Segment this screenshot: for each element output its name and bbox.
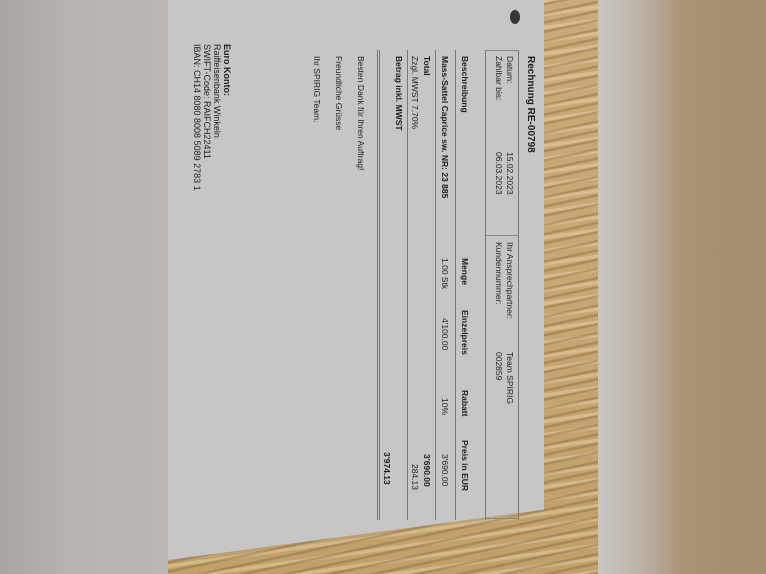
column-header-description: Beschreibung [460,56,470,113]
contact-value: Team SPIRIG [505,352,515,404]
greeting-text: Freundliche Grüsse [334,56,344,130]
column-header-quantity: Menge [460,258,470,285]
grand-total-label: Betrag inkl. MWST [394,56,404,131]
divider [377,50,378,520]
divider [486,235,519,236]
divider [407,50,408,520]
date-label: Datum: [505,56,515,83]
item-discount: 10% [440,398,450,415]
grand-total-value: 3'974.13 [382,452,392,485]
divider [518,50,519,520]
item-price: 3'690.00 [440,454,450,486]
divider [486,50,519,51]
divider [435,50,436,520]
column-header-price: Preis in EUR [460,440,470,491]
bank-heading: Euro Konto: [222,44,232,191]
divider [455,50,456,520]
invoice-title: Rechnung RE-00798 [525,56,536,153]
thanks-text: Besten Dank für Ihren Auftrag! [356,56,366,170]
total-value: 3'690.00 [422,454,432,487]
vat-label: Zzgl. MWST 7.70% [410,56,420,129]
divider [486,518,519,519]
column-header-unit-price: Einzelpreis [460,310,470,355]
date-value: 15.02.2023 [505,152,515,195]
signature-text: Ihr SPIRIG Team. [312,56,322,122]
due-date-label: Zahlbar bis: [494,56,504,100]
divider [485,50,486,520]
bank-name: Raiffeisenbank Winkeln [212,44,222,191]
due-date-value: 06.03.2023 [494,152,504,195]
customer-number-value: 002859 [494,352,504,380]
item-unit-price: 4'100.00 [440,318,450,350]
blurred-background-right [598,0,766,574]
total-label: Total [422,56,432,76]
swift-code: SWIFT-Code: RAIFCH22411 [202,44,212,191]
blurred-background-left [0,0,168,574]
iban: IBAN: CH14 8080 8008 5089 2783 1 [192,44,202,191]
item-quantity: 1.00 Stk [440,258,450,289]
item-description: Mass-Sattel Caprice sw. NR: 23 885 [440,56,450,198]
column-header-discount: Rabatt [460,390,470,416]
invoice-document: Rechnung RE-00798 Datum: 15.02.2023 Zahl… [164,20,544,520]
divider [379,50,380,520]
vat-value: 284.13 [410,464,420,490]
bank-details: Euro Konto: Raiffeisenbank Winkeln SWIFT… [192,44,232,191]
customer-number-label: Kundennummer: [494,242,504,305]
contact-label: Ihr Ansprechpartner: [505,242,515,319]
